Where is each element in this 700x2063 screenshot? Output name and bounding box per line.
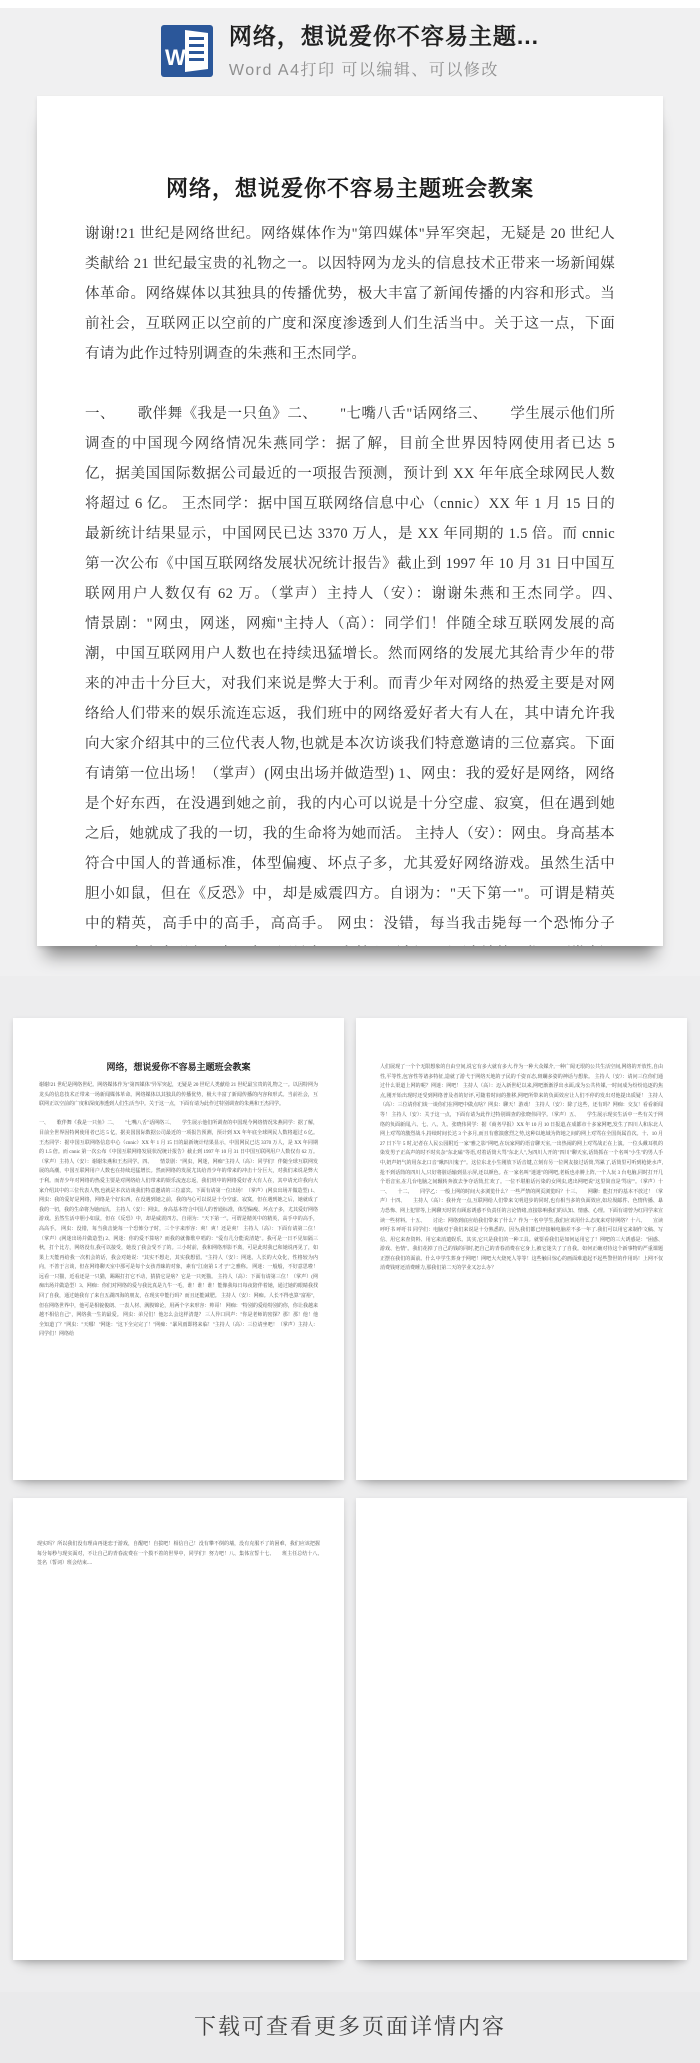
- thumb1-paragraph-1: 谢谢!21 世纪是网络世纪。网络媒体作为"第四媒体"异军突起，无疑是 20 世纪…: [39, 1081, 318, 1110]
- word-icon: W: [161, 25, 213, 77]
- thumb2-text: 人们展现了一个个无限想象的自由空间,说它有多大就有多大.作为一种大众媒介,一种广…: [380, 1063, 663, 1274]
- main-preview-section: 网络，想说爱你不容易主题班会教案 谢谢!21 世纪是网络世纪。网络媒体作为"第四…: [0, 96, 700, 976]
- doc-page-body: 谢谢!21 世纪是网络世纪。网络媒体作为"第四媒体"异军突起，无疑是 20 世纪…: [85, 219, 615, 946]
- page-thumbnail-4[interactable]: [356, 1498, 687, 1960]
- main-page-preview[interactable]: 网络，想说爱你不容易主题班会教案 谢谢!21 世纪是网络世纪。网络媒体作为"第四…: [37, 96, 663, 946]
- document-header-card: W 网络，想说爱你不容易主题... Word A4打印 可以编辑、可以修改: [0, 8, 700, 96]
- thumbnails-section: 网络，想说爱你不容易主题班会教案 谢谢!21 世纪是网络世纪。网络媒体作为"第四…: [0, 976, 700, 1992]
- doc-page-title: 网络，想说爱你不容易主题班会教案: [85, 172, 615, 203]
- top-strip: [0, 0, 700, 8]
- page-thumbnail-3[interactable]: 现实吗？所以我们没有理由再迷恋于游戏，自醒吧！自拔吧！相信自己！没有攀不倒的墙，…: [13, 1498, 344, 1960]
- thumb1-text: 谢谢!21 世纪是网络世纪。网络媒体作为"第四媒体"异军突起，无疑是 20 世纪…: [39, 1081, 318, 1340]
- doc-paragraph-1: 谢谢!21 世纪是网络世纪。网络媒体作为"第四媒体"异军突起，无疑是 20 世纪…: [85, 219, 615, 369]
- thumb3-text: 现实吗？所以我们没有理由再迷恋于游戏，自醒吧！自拔吧！相信自己！没有攀不倒的墙，…: [37, 1540, 320, 1569]
- download-hint: 下载可查看更多页面详情内容: [0, 2010, 700, 2041]
- page-footer: 下载可查看更多页面详情内容: [0, 1992, 700, 2063]
- thumb1-title: 网络，想说爱你不容易主题班会教案: [39, 1060, 318, 1073]
- document-title-header: 网络，想说爱你不容易主题...: [229, 22, 539, 50]
- svg-text:W: W: [165, 45, 186, 70]
- thumb1-paragraph-2: 一、 歌伴舞《我是一只鱼》二、 "七嘴八舌"话网络三、 学生展示他们所调查的中国…: [39, 1119, 318, 1340]
- page-thumbnail-2[interactable]: 人们展现了一个个无限想象的自由空间,说它有多大就有多大.作为一种大众媒介,一种广…: [356, 1018, 687, 1480]
- document-format-info: Word A4打印 可以编辑、可以修改: [229, 57, 539, 80]
- doc-paragraph-2: 一、 歌伴舞《我是一只鱼》二、 "七嘴八舌"话网络三、 学生展示他们所调查的中国…: [85, 399, 615, 946]
- page-thumbnail-1[interactable]: 网络，想说爱你不容易主题班会教案 谢谢!21 世纪是网络世纪。网络媒体作为"第四…: [13, 1018, 344, 1480]
